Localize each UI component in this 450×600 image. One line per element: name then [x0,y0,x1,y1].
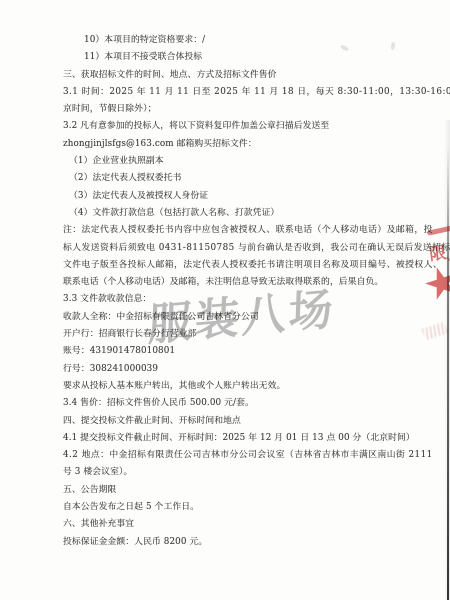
document-line: 五、公告期限 [63,482,433,499]
scanned-document-page: 10）本项目的特定资格要求：/11）本项目不接受联合体投标三、获取招标文件的时间… [0,0,450,600]
document-line: 投标保证金金额：人民币 8200 元。 [63,534,433,551]
document-line: 京时间，节假日除外）； [63,101,433,118]
document-line: 开户行：招商银行长春分行营业部 [63,326,433,343]
document-line: zhongjinjlsfgs@163.com 邮箱购买招标文件： [63,136,433,153]
document-line: 4.2 地点：中金招标有限责任公司吉林市分公司会议室（吉林省吉林市丰满区南山街 … [63,447,433,464]
document-line: （3）法定代表人及被授权人身份证 [63,188,433,205]
document-line: 自本公告发布之日起 5 个工作日。 [63,499,433,516]
document-line: 收款人全称：中金招标有限责任公司吉林省分公司 [63,309,433,326]
document-line: 行号：308241000039 [63,361,433,378]
document-line: 要求从投标人基本账户转出，其他或个人账户转出无效。 [63,378,433,395]
document-line: （4）文件款打款信息（包括打款人名称、打款凭证） [63,205,433,222]
document-line: 四、提交投标文件截止时间、开标时间和地点 [63,413,433,430]
document-line: 11）本项目不接受联合体投标 [63,49,433,66]
document-line: 联系电话（个人移动电话）及邮箱，未注明信息导致无法取得联系的，后果自负。 [63,274,433,291]
document-line: （2）法定代表人授权委托书 [63,170,433,187]
document-line: 注：法定代表人授权委托书内容中应包含被授权人、联系电话（个人移动电话）及邮箱，投 [63,222,433,239]
document-line: 文件电子版至各投标人邮箱，法定代表人授权委托书请注明项目名称及项目编号、被授权人… [63,257,433,274]
document-line: 六、其他补充事宜 [63,516,433,533]
document-line: （1）企业营业执照副本 [63,153,433,170]
document-line: 3.1 时间：2025 年 11 月 11 日至 2025 年 11 月 18 … [63,84,433,101]
page-edge-line [447,145,449,600]
document-line: 3.3 文件款收款信息： [63,291,433,308]
document-line: 三、获取招标文件的时间、地点、方式及招标文件售价 [63,67,433,84]
document-line: 4.1 提交投标文件截止时间、开标时间：2025 年 12 月 01 日 13 … [63,430,433,447]
document-line: 账号：431901478010801 [63,343,433,360]
document-line: 标人发送资料后须致电 0431-81150785 与前台确认是否收到，我公司在确… [63,240,433,257]
document-body: 10）本项目的特定资格要求：/11）本项目不接受联合体投标三、获取招标文件的时间… [63,32,433,551]
document-line: 3.2 凡有意参加的投标人，将以下资料复印件加盖公章扫描后发送至 [63,118,433,135]
document-line: 3.4 售价：招标文件售价人民币 500.00 元/套。 [63,395,433,412]
document-line: 号 3 楼会议室）。 [63,464,433,481]
document-line: 10）本项目的特定资格要求：/ [63,32,433,49]
